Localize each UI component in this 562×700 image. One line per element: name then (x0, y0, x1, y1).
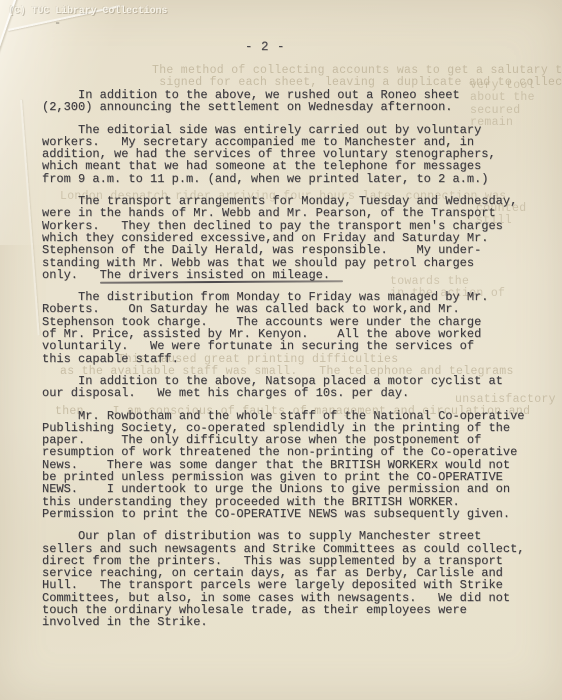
paragraph-printing-cooperative: Mr. Rowbotham and the whole staff of the… (42, 410, 534, 521)
page-number: - 2 - (0, 40, 530, 54)
copyright-watermark: (C) TUC Library Collections (8, 6, 167, 17)
document-page: (C) TUC Library Collections - - 2 - The … (0, 0, 562, 700)
paragraph-editorial-side: The editorial side was entirely carried … (42, 124, 534, 185)
paragraph-transport-arrangements: The transport arrangements for Monday, T… (42, 195, 534, 281)
paragraph-text: The editorial side was entirely carried … (42, 124, 534, 185)
paragraph-natsopa-cyclist: In addition to the above, Natsopa placed… (42, 375, 534, 400)
paragraph-text: Mr. Rowbotham and the whole staff of the… (42, 410, 534, 521)
stray-pencil-mark: - (54, 16, 61, 30)
paragraph-text: The distribution from Monday to Friday w… (42, 291, 534, 365)
pencil-underline (100, 280, 343, 283)
paragraph-text: In addition to the above, we rushed out … (42, 89, 534, 114)
paragraph-distribution-plan: Our plan of distribution was to supply M… (42, 530, 534, 628)
document-body: In addition to the above, we rushed out … (42, 89, 534, 639)
paragraph-roneo-sheet: In addition to the above, we rushed out … (42, 89, 534, 114)
paragraph-text: The transport arrangements for Monday, T… (42, 195, 534, 281)
paragraph-text: Our plan of distribution was to supply M… (42, 530, 534, 628)
paragraph-distribution-management: The distribution from Monday to Friday w… (42, 291, 534, 365)
paragraph-text: In addition to the above, Natsopa placed… (42, 375, 534, 400)
